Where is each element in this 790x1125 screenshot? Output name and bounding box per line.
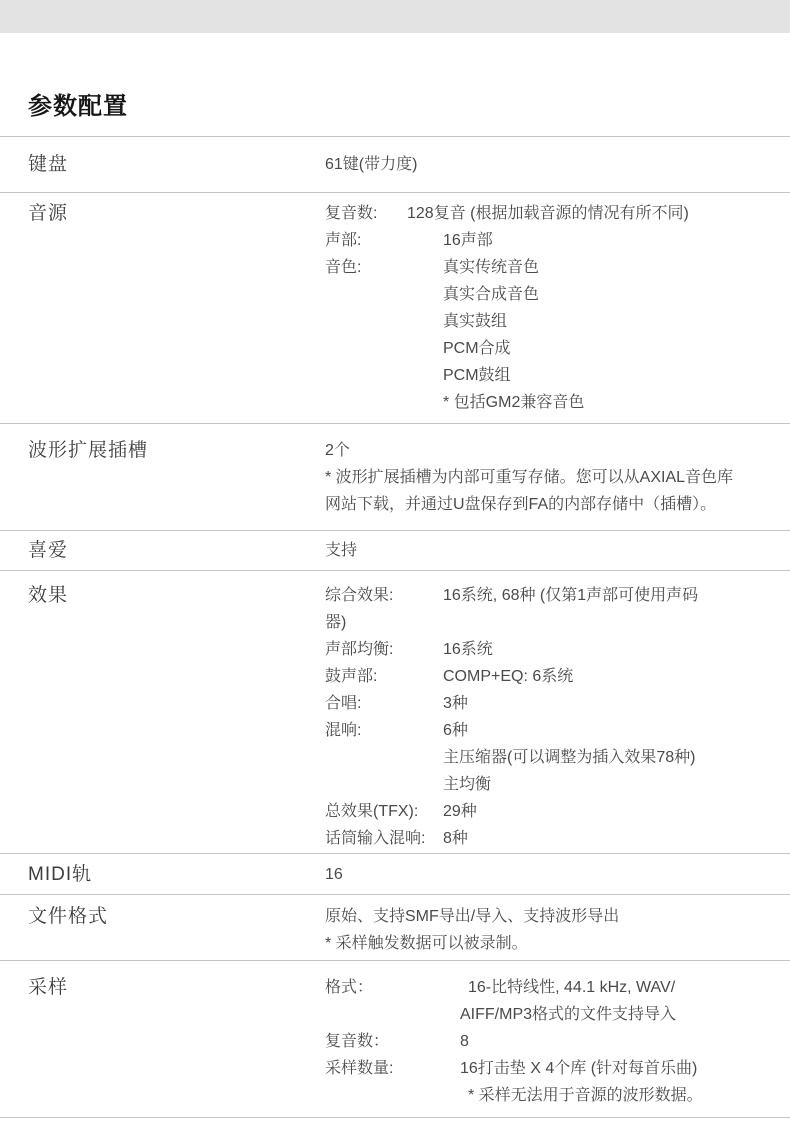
sub-label: 合唱: xyxy=(325,690,443,717)
sub-value: 8 xyxy=(460,1033,469,1050)
spec-line-wrap: 器) xyxy=(325,609,770,636)
sub-label: 鼓声部: xyxy=(325,663,443,690)
spec-line: 真实鼓组 xyxy=(325,308,770,335)
row-label-sound-generator: 音源 xyxy=(28,200,325,227)
sub-label: 复音数: xyxy=(325,200,407,227)
sub-label: 采样数量: xyxy=(325,1055,460,1082)
spec-row-sound-generator: 音源 复音数:128复音 (根据加载音源的情况有所不同) 声部:16声部 音色:… xyxy=(0,193,790,423)
sub-value: 29种 xyxy=(443,803,477,820)
row-label-wave-expansion: 波形扩展插槽 xyxy=(28,437,325,464)
spec-line: 声部均衡:16系统 xyxy=(325,636,770,663)
spec-line: 支持 xyxy=(325,537,770,564)
page-title: 参数配置 xyxy=(28,90,790,124)
spec-line: 采样数量:16打击垫 X 4个库 (针对每首乐曲) xyxy=(325,1055,770,1082)
row-value-keyboard: 61键(带力度) xyxy=(325,151,770,178)
spec-row-sampling: 采样 格式： 16-比特线性, 44.1 kHz, WAV/ AIFF/MP3格… xyxy=(0,961,790,1117)
spec-row-favorites: 喜爱 支持 xyxy=(0,531,790,570)
spec-row-keyboard: 键盘 61键(带力度) xyxy=(0,137,790,192)
spec-note-line: * 采样触发数据可以被录制。 xyxy=(325,930,770,957)
spec-line: 综合效果:16系统, 68种 (仅第1声部可使用声码 xyxy=(325,582,770,609)
spec-line: 话筒输入混响:8种 xyxy=(325,825,770,852)
spec-line: 格式： 16-比特线性, 44.1 kHz, WAV/ AIFF/MP3格式的文… xyxy=(325,974,770,1028)
spec-line: 主均衡 xyxy=(325,771,770,798)
row-value-favorites: 支持 xyxy=(325,537,770,564)
spec-line: 混响:6种 xyxy=(325,717,770,744)
spec-row-midi-tracks: MIDI轨 16 xyxy=(0,854,790,894)
spec-line: 真实合成音色 xyxy=(325,281,770,308)
row-label-favorites: 喜爱 xyxy=(28,537,325,564)
spec-line: AIFF/MP3格式的文件支持导入 xyxy=(460,1001,770,1028)
sub-label: 混响: xyxy=(325,717,443,744)
spec-line: 16 xyxy=(325,861,770,888)
row-label-midi-tracks: MIDI轨 xyxy=(28,861,325,888)
row-label-sampling: 采样 xyxy=(28,974,325,1001)
spec-line: 音色:真实传统音色 xyxy=(325,254,770,281)
spec-line: 复音数:128复音 (根据加载音源的情况有所不同) xyxy=(325,200,770,227)
spec-line: 复音数：8 xyxy=(325,1028,770,1055)
sub-label: 复音数： xyxy=(325,1028,460,1055)
spec-row-wave-expansion: 波形扩展插槽 2个 * 波形扩展插槽为内部可重写存储。您可以从AXIAL音色库 … xyxy=(0,424,790,530)
spec-note-line: * 采样无法用于音源的波形数据。 xyxy=(325,1082,770,1109)
top-gray-bar xyxy=(0,0,790,33)
row-label-file-format: 文件格式 xyxy=(28,903,325,930)
spec-line: PCM合成 xyxy=(325,335,770,362)
sub-label: 格式： xyxy=(325,974,460,1001)
spec-line: 61键(带力度) xyxy=(325,151,770,178)
spec-note-line: * 波形扩展插槽为内部可重写存储。您可以从AXIAL音色库 xyxy=(325,464,770,491)
sub-label: 声部均衡: xyxy=(325,636,443,663)
row-value-effects: 综合效果:16系统, 68种 (仅第1声部可使用声码 器) 声部均衡:16系统 … xyxy=(325,582,770,852)
sub-value: 6种 xyxy=(443,722,468,739)
spec-line: 2个 xyxy=(325,437,770,464)
sub-value: 8种 xyxy=(443,830,468,847)
spec-line: 合唱:3种 xyxy=(325,690,770,717)
spec-line: 原始、支持SMF导出/导入、支持波形导出 xyxy=(325,903,770,930)
sub-value: 3种 xyxy=(443,695,468,712)
spec-row-effects: 效果 综合效果:16系统, 68种 (仅第1声部可使用声码 器) 声部均衡:16… xyxy=(0,571,790,853)
sub-value: 真实传统音色 xyxy=(443,259,539,276)
spec-note-line: 网站下载，并通过U盘保存到FA的内部存储中（插槽）。 xyxy=(325,491,770,518)
row-label-keyboard: 键盘 xyxy=(28,151,325,178)
row-value-sound-generator: 复音数:128复音 (根据加载音源的情况有所不同) 声部:16声部 音色:真实传… xyxy=(325,200,770,416)
spec-row-file-format: 文件格式 原始、支持SMF导出/导入、支持波形导出 * 采样触发数据可以被录制。 xyxy=(0,895,790,960)
sub-label: 综合效果: xyxy=(325,582,443,609)
sub-value: COMP+EQ: 6系统 xyxy=(443,668,573,685)
row-value-file-format: 原始、支持SMF导出/导入、支持波形导出 * 采样触发数据可以被录制。 xyxy=(325,903,770,957)
spec-line: 主压缩器(可以调整为插入效果78种) xyxy=(325,744,770,771)
row-separator xyxy=(0,1117,790,1118)
sub-value: 16声部 xyxy=(443,232,493,249)
spec-sheet-page: 参数配置 键盘 61键(带力度) 音源 复音数:128复音 (根据加载音源的情况… xyxy=(0,0,790,1125)
sub-label: 音色: xyxy=(325,254,443,281)
spec-line: 声部:16声部 xyxy=(325,227,770,254)
row-value-sampling: 格式： 16-比特线性, 44.1 kHz, WAV/ AIFF/MP3格式的文… xyxy=(325,974,770,1109)
sub-label: 总效果(TFX): xyxy=(325,798,443,825)
spec-line: 总效果(TFX):29种 xyxy=(325,798,770,825)
sub-label: 话筒输入混响: xyxy=(325,825,443,852)
sub-value: 16系统 xyxy=(443,641,493,658)
spec-line: * 包括GM2兼容音色 xyxy=(325,389,770,416)
sub-value: 16-比特线性, 44.1 kHz, WAV/ AIFF/MP3格式的文件支持导… xyxy=(460,974,770,1028)
sub-label: 声部: xyxy=(325,227,443,254)
sub-value: 16打击垫 X 4个库 (针对每首乐曲) xyxy=(460,1060,697,1077)
spec-line: PCM鼓组 xyxy=(325,362,770,389)
spec-line: 16-比特线性, 44.1 kHz, WAV/ xyxy=(460,974,770,1001)
row-label-effects: 效果 xyxy=(28,582,325,609)
spec-line: 鼓声部:COMP+EQ: 6系统 xyxy=(325,663,770,690)
sub-value: 128复音 (根据加载音源的情况有所不同) xyxy=(407,205,689,222)
row-value-midi-tracks: 16 xyxy=(325,861,770,888)
sub-value: 16系统, 68种 (仅第1声部可使用声码 xyxy=(443,587,698,604)
row-value-wave-expansion: 2个 * 波形扩展插槽为内部可重写存储。您可以从AXIAL音色库 网站下载，并通… xyxy=(325,437,770,518)
